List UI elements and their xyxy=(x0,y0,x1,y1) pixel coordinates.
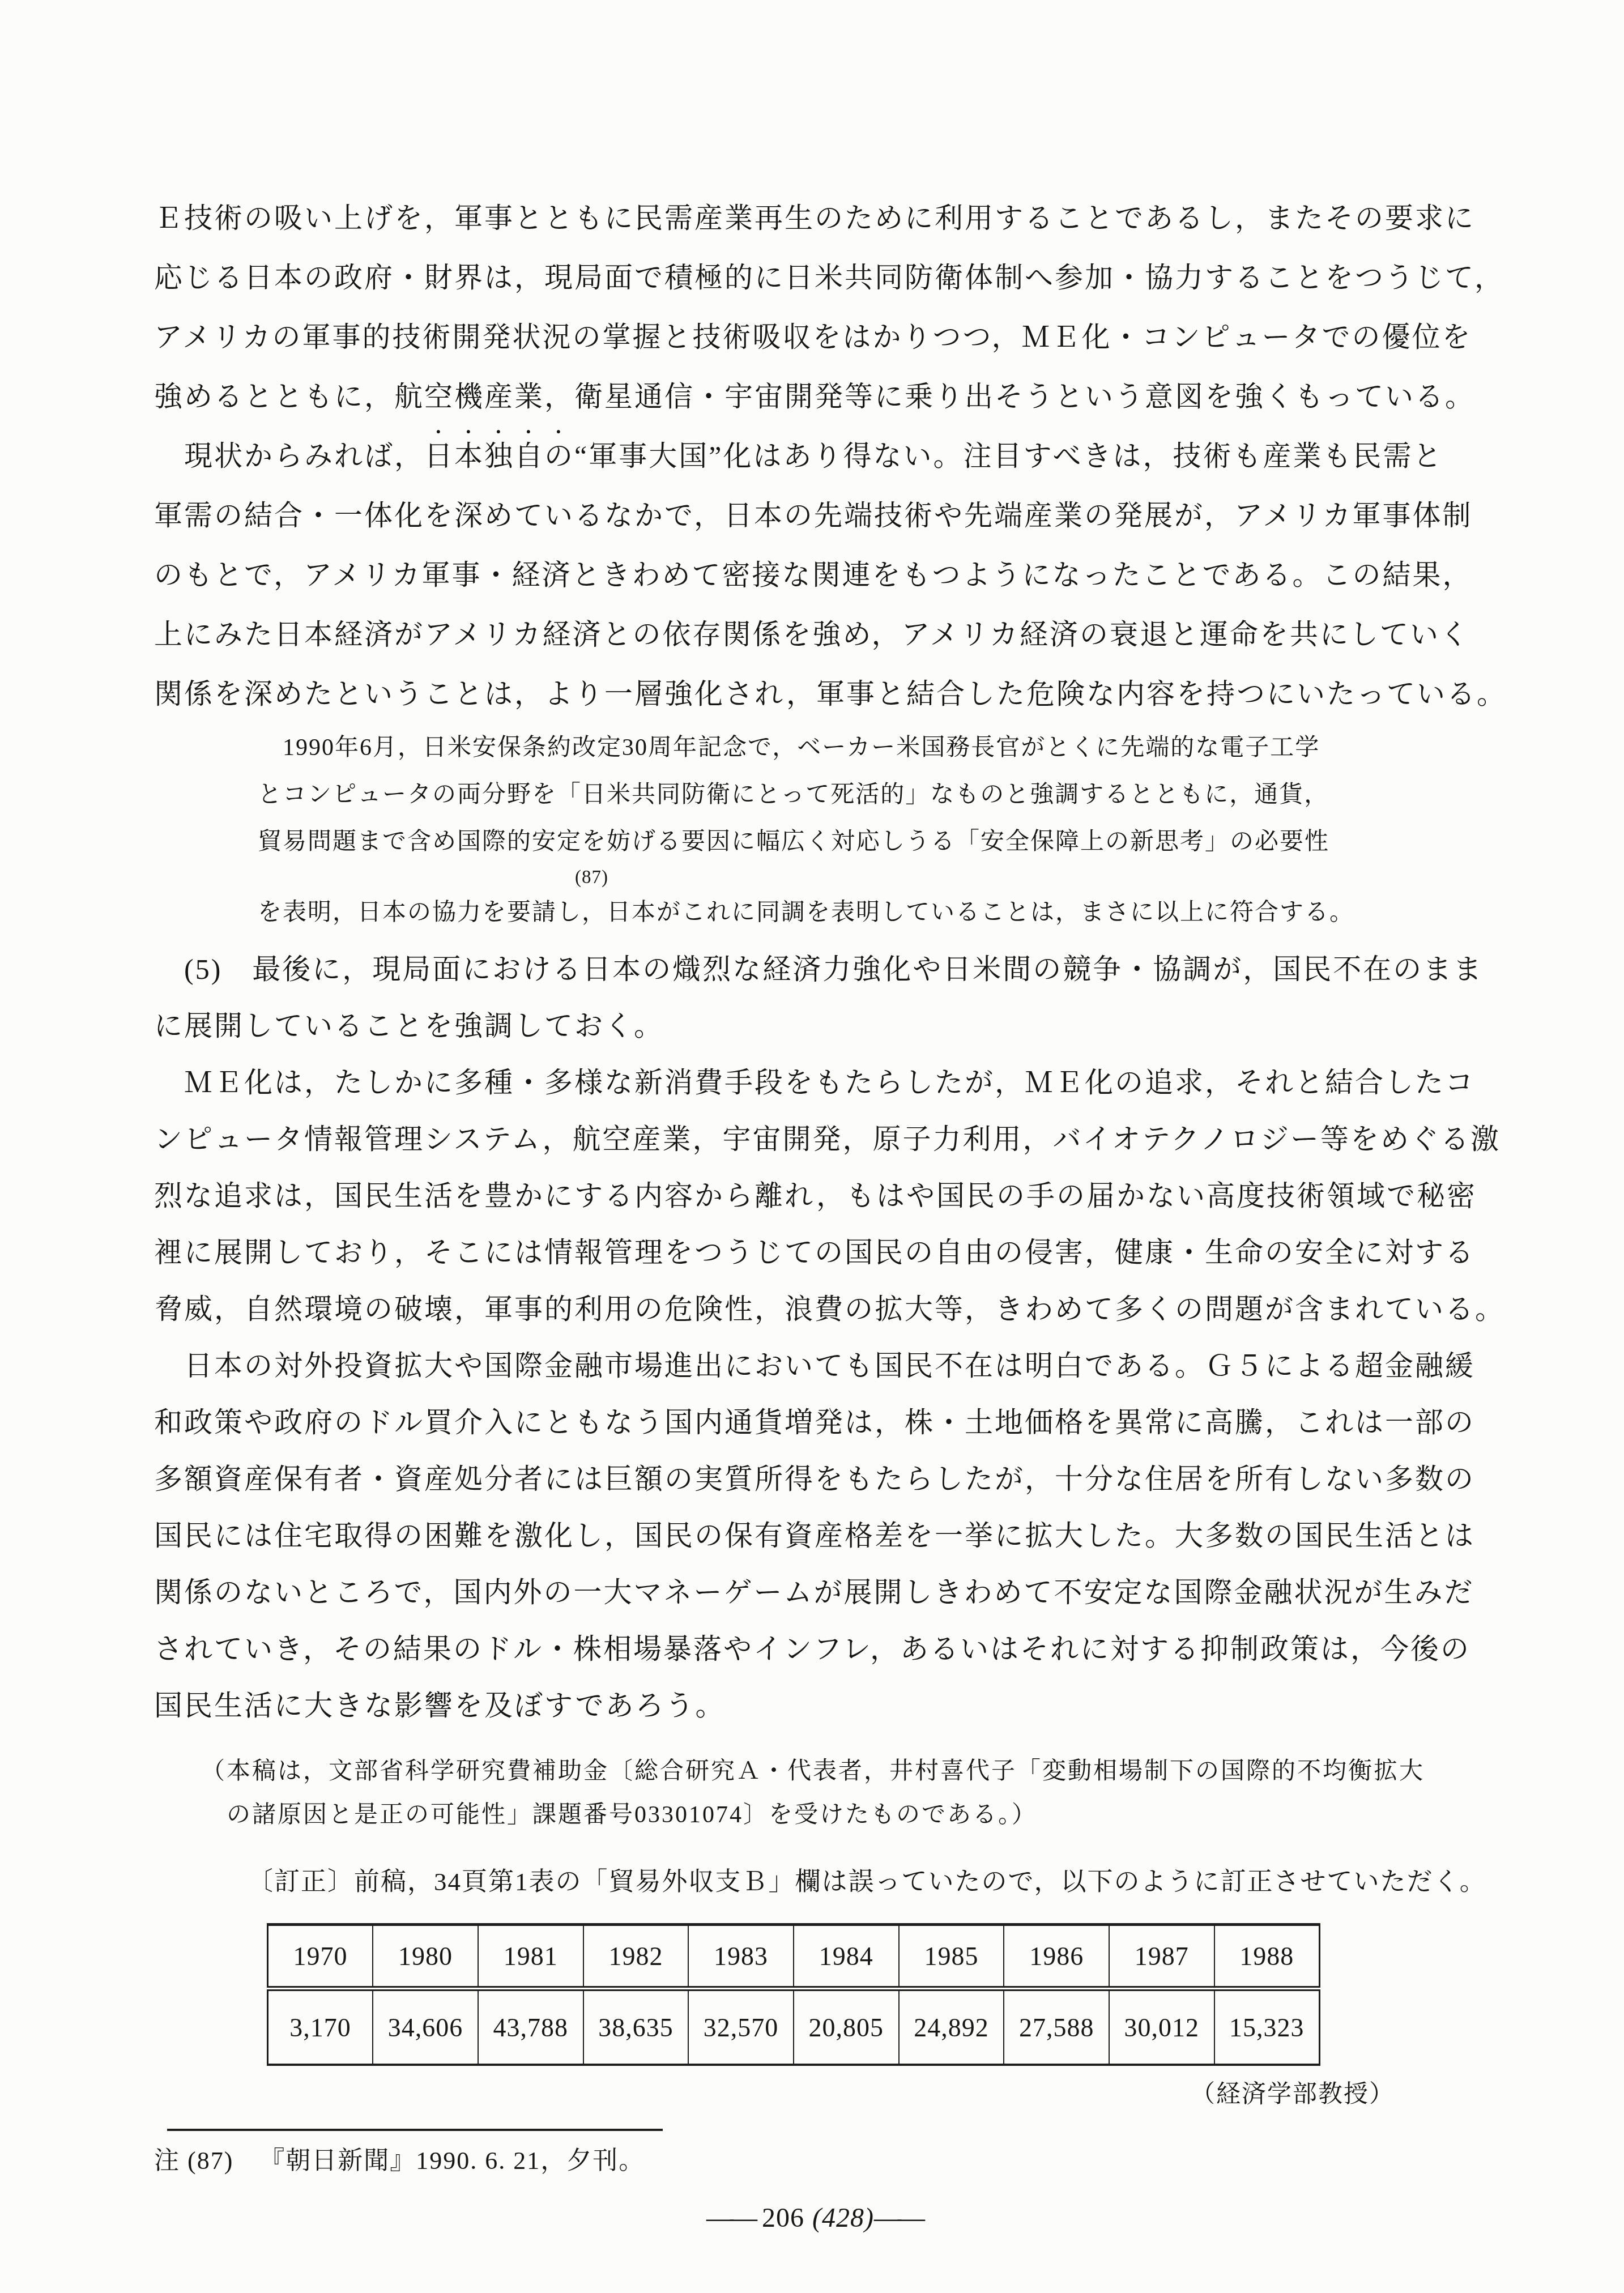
line-text: 烈な追求は，国民生活を豊かにする内容から離れ，もはや国民の手の届かない高度技術領… xyxy=(154,1180,1477,1212)
line-text: 関係のないところで，国内外の一大マネーゲームが展開しきわめて不安定な国際金融状況… xyxy=(154,1576,1474,1608)
footnote-text: 『朝日新聞』1990. 6. 21，夕刊。 xyxy=(259,2147,645,2175)
page-number: 206 xyxy=(762,2203,804,2233)
text-line: 上にみた日本経済がアメリカ経済との依存関係を強め，アメリカ経済の衰退と運命を共に… xyxy=(154,603,1474,663)
footer-right-dash: ―― xyxy=(874,2203,922,2233)
quote-line: 1990年6月，日米安保条約改定30周年記念で，ベーカー米国務長官がとくに先端的… xyxy=(258,724,1474,772)
line-text: 裡に展開しており，そこには情報管理をつうじての国民の自由の侵害，健康・生命の安全… xyxy=(154,1237,1475,1268)
line-text: （本稿は，文部省科学研究費補助金〔総合研究Ａ・代表者，井村喜代子「変動相場制下の… xyxy=(201,1758,1425,1784)
text-line: ＭＥ化は，たしかに多種・多様な新消費手段をもたらしたが，ＭＥ化の追求，それと結合… xyxy=(154,1054,1474,1111)
table-year-cell: 1980 xyxy=(373,1925,478,1989)
author-affiliation-note: （経済学部教授） xyxy=(154,2075,1474,2109)
footer-left-dash: ―― xyxy=(706,2203,754,2233)
issue-number: (428) xyxy=(812,2203,874,2233)
table-year-cell: 1985 xyxy=(899,1925,1004,1989)
text-line: 国民には住宅取得の困難を激化し，国民の保有資産格差を一挙に拡大した。大多数の国民… xyxy=(154,1507,1474,1564)
line-text: 応じる日本の政府・財界は，現局面で積極的に日米共同防衛体制へ参加・協力することを… xyxy=(154,262,1504,293)
acknowledgment-line: （本稿は，文部省科学研究費補助金〔総合研究Ａ・代表者，井村喜代子「変動相場制下の… xyxy=(201,1750,1474,1793)
table-year-row: 1970198019811982198319841985198619871988 xyxy=(268,1925,1320,1989)
text-line: に展開していることを強調しておく。 xyxy=(154,998,1474,1054)
line-text: ＭＥ化は，たしかに多種・多様な新消費手段をもたらしたが，ＭＥ化の追求，それと結合… xyxy=(154,1067,1475,1098)
body-paragraphs-top: Ｅ技術の吸い上げを，軍事とともに民需産業再生のために利用することであるし，またそ… xyxy=(154,187,1474,722)
table-year-cell: 1982 xyxy=(583,1925,689,1989)
line-text: 軍需の結合・一体化を深めているなかで，日本の先端技術や先端産業の発展が，アメリカ… xyxy=(154,500,1473,531)
line-text: 国民には住宅取得の困難を激化し，国民の保有資産格差を一挙に拡大した。大多数の国民… xyxy=(154,1520,1475,1552)
text-line: (5) 最後に，現局面における日本の熾烈な経済力強化や日米間の競争・協調が，国民… xyxy=(154,941,1474,998)
text-line: 裡に展開しており，そこには情報管理をつうじての国民の自由の侵害，健康・生命の安全… xyxy=(154,1224,1474,1281)
table-value-cell: 3,170 xyxy=(268,1989,373,2065)
text-line: 軍需の結合・一体化を深めているなかで，日本の先端技術や先端産業の発展が，アメリカ… xyxy=(154,484,1474,544)
line-text: 強めるとともに，航空機産業，衛星通信・宇宙開発等に乗り出そうという意図を強くもっ… xyxy=(154,381,1475,412)
line-text: ンピュータ情報管理システム，航空産業，宇宙開発，原子力利用，バイオテクノロジー等… xyxy=(154,1123,1501,1155)
table-value-cell: 27,588 xyxy=(1004,1989,1109,2065)
text-line: 脅威，自然環境の破壊，軍事的利用の危険性，浪費の拡大等，きわめて多くの問題が含ま… xyxy=(154,1281,1474,1337)
line-text: 1990年6月，日米安保条約改定30周年記念で，ベーカー米国務長官がとくに先端的… xyxy=(258,735,1320,761)
line-text: 脅威，自然環境の破壊，軍事的利用の危険性，浪費の拡大等，きわめて多くの問題が含ま… xyxy=(154,1293,1505,1325)
line-text: 多額資産保有者・資産処分者には巨額の実質所得をもたらしたが，十分な住居を所有しな… xyxy=(154,1463,1475,1495)
table-value-cell: 34,606 xyxy=(373,1989,478,2065)
correction-table: 1970198019811982198319841985198619871988… xyxy=(267,1923,1320,2066)
correction-notice: 〔訂正〕前稿，34頁第1表の「貿易外収支Ｂ」欄は誤っていたので，以下のように訂正… xyxy=(248,1864,1474,1899)
table-year-cell: 1987 xyxy=(1109,1925,1214,1989)
text-line: されていき，その結果のドル・株相場暴落やインフレ，あるいはそれに対する抑制政策は… xyxy=(154,1621,1474,1677)
page-number-footer: ――206(428)―― xyxy=(154,2202,1474,2234)
footnote-divider-rule xyxy=(167,2129,663,2131)
text-line: のもとで，アメリカ軍事・経済ときわめて密接な関連をもつようになったことである。こ… xyxy=(154,544,1474,603)
footnote-87: 注 (87)『朝日新聞』1990. 6. 21，夕刊。 xyxy=(154,2140,1474,2176)
text-line: ンピュータ情報管理システム，航空産業，宇宙開発，原子力利用，バイオテクノロジー等… xyxy=(154,1111,1474,1167)
table-year-cell: 1983 xyxy=(688,1925,794,1989)
text-line: 関係のないところで，国内外の一大マネーゲームが展開しきわめて不安定な国際金融状況… xyxy=(154,1564,1474,1621)
table-value-cell: 20,805 xyxy=(794,1989,899,2065)
emphasized-text: 日本独自の xyxy=(424,440,574,472)
text-line: アメリカの軍事的技術開発状況の掌握と技術吸収をはかりつつ，ＭＥ化・コンピュータで… xyxy=(154,306,1474,365)
line-text: 和政策や政府のドル買介入にともなう国内通貨増発は，株・土地価格を異常に高騰，これ… xyxy=(154,1407,1475,1438)
table-year-cell: 1984 xyxy=(794,1925,899,1989)
quote-line: 貿易問題まで含め国際的安定を妨げる要因に幅広く対応しうる「安全保障上の新思考」の… xyxy=(258,819,1474,866)
table-value-cell: 43,788 xyxy=(478,1989,583,2065)
body-paragraphs-bottom: (5) 最後に，現局面における日本の熾烈な経済力強化や日米間の競争・協調が，国民… xyxy=(154,941,1474,1734)
table-value-cell: 30,012 xyxy=(1109,1989,1214,2065)
line-text-after: “軍事大国”化はあり得ない。注目すべきは，技術も産業も民需と xyxy=(574,440,1443,472)
text-line: 多額資産保有者・資産処分者には巨額の実質所得をもたらしたが，十分な住居を所有しな… xyxy=(154,1451,1474,1507)
table-year-cell: 1986 xyxy=(1004,1925,1109,1989)
line-text: 現状からみれば， xyxy=(154,440,424,472)
table-year-cell: 1981 xyxy=(478,1925,583,1989)
line-text: 貿易問題まで含め国際的安定を妨げる要因に幅広く対応しうる「安全保障上の新思考」の… xyxy=(258,829,1329,855)
text-line: 和政策や政府のドル買介入にともなう国内通貨増発は，株・土地価格を異常に高騰，これ… xyxy=(154,1394,1474,1451)
text-line: 日本の対外投資拡大や国際金融市場進出においても国民不在は明白である。Ｇ５による超… xyxy=(154,1337,1474,1394)
table-year-cell: 1988 xyxy=(1214,1925,1320,1989)
scanned-paper-page: Ｅ技術の吸い上げを，軍事とともに民需産業再生のために利用することであるし，またそ… xyxy=(0,0,1624,2293)
line-text: されていき，その結果のドル・株相場暴落やインフレ，あるいはそれに対する抑制政策は… xyxy=(154,1633,1470,1665)
line-text: に展開していることを強調しておく。 xyxy=(154,1010,664,1042)
table-value-cell: 24,892 xyxy=(899,1989,1004,2065)
text-line: 現状からみれば，日本独自の“軍事大国”化はあり得ない。注目すべきは，技術も産業も… xyxy=(154,425,1474,484)
line-text: 日本の対外投資拡大や国際金融市場進出においても国民不在は明白である。Ｇ５による超… xyxy=(154,1350,1475,1382)
table-value-cell: 38,635 xyxy=(583,1989,689,2065)
footnote-reference-87: (87) xyxy=(258,866,1474,889)
page-content: Ｅ技術の吸い上げを，軍事とともに民需産業再生のために利用することであるし，またそ… xyxy=(154,187,1474,2234)
table-value-cell: 32,570 xyxy=(688,1989,794,2065)
grant-acknowledgment: （本稿は，文部省科学研究費補助金〔総合研究Ａ・代表者，井村喜代子「変動相場制下の… xyxy=(201,1750,1474,1837)
table-year-cell: 1970 xyxy=(268,1925,373,1989)
footnote-label: 注 (87) xyxy=(154,2147,233,2175)
line-text: の諸原因と是正の可能性」課題番号03301074〕を受けたものである。） xyxy=(201,1802,1037,1828)
line-text: 関係を深めたということは，より一層強化され，軍事と結合した危険な内容を持つにいた… xyxy=(154,678,1507,710)
line-text: 上にみた日本経済がアメリカ経済との依存関係を強め，アメリカ経済の衰退と運命を共に… xyxy=(154,619,1470,650)
text-line: 国民生活に大きな影響を及ぼすであろう。 xyxy=(154,1677,1474,1734)
acknowledgment-line: の諸原因と是正の可能性」課題番号03301074〕を受けたものである。） xyxy=(201,1793,1474,1837)
quote-line: を表明，日本の協力を要請し，日本がこれに同調を表明していることは，まさに以上に符… xyxy=(258,889,1474,936)
text-line: 強めるとともに，航空機産業，衛星通信・宇宙開発等に乗り出そうという意図を強くもっ… xyxy=(154,365,1474,425)
table-value-row: 3,17034,60643,78838,63532,57020,80524,89… xyxy=(268,1989,1320,2065)
text-line: Ｅ技術の吸い上げを，軍事とともに民需産業再生のために利用することであるし，またそ… xyxy=(154,187,1474,246)
quote-line: とコンピュータの両分野を「日米共同防衛にとって死活的」なものと強調するとともに，… xyxy=(258,772,1474,819)
line-text: アメリカの軍事的技術開発状況の掌握と技術吸収をはかりつつ，ＭＥ化・コンピュータで… xyxy=(154,321,1472,353)
text-line: 応じる日本の政府・財界は，現局面で積極的に日米共同防衛体制へ参加・協力することを… xyxy=(154,246,1474,306)
text-line: 関係を深めたということは，より一層強化され，軍事と結合した危険な内容を持つにいた… xyxy=(154,663,1474,722)
table-value-cell: 15,323 xyxy=(1214,1989,1320,2065)
quotation-lines: 1990年6月，日米安保条約改定30周年記念で，ベーカー米国務長官がとくに先端的… xyxy=(258,724,1474,866)
line-text: (5) 最後に，現局面における日本の熾烈な経済力強化や日米間の競争・協調が，国民… xyxy=(154,953,1483,985)
indented-quotation-block: 1990年6月，日米安保条約改定30周年記念で，ベーカー米国務長官がとくに先端的… xyxy=(258,724,1474,936)
line-text: 国民生活に大きな影響を及ぼすであろう。 xyxy=(154,1690,726,1721)
line-text: とコンピュータの両分野を「日米共同防衛にとって死活的」なものと強調するとともに，… xyxy=(258,782,1329,808)
line-text: Ｅ技術の吸い上げを，軍事とともに民需産業再生のために利用することであるし，またそ… xyxy=(154,202,1475,234)
text-line: 烈な追求は，国民生活を豊かにする内容から離れ，もはや国民の手の届かない高度技術領… xyxy=(154,1167,1474,1224)
line-text: のもとで，アメリカ軍事・経済ときわめて密接な関連をもつようになったことである。こ… xyxy=(154,559,1473,591)
